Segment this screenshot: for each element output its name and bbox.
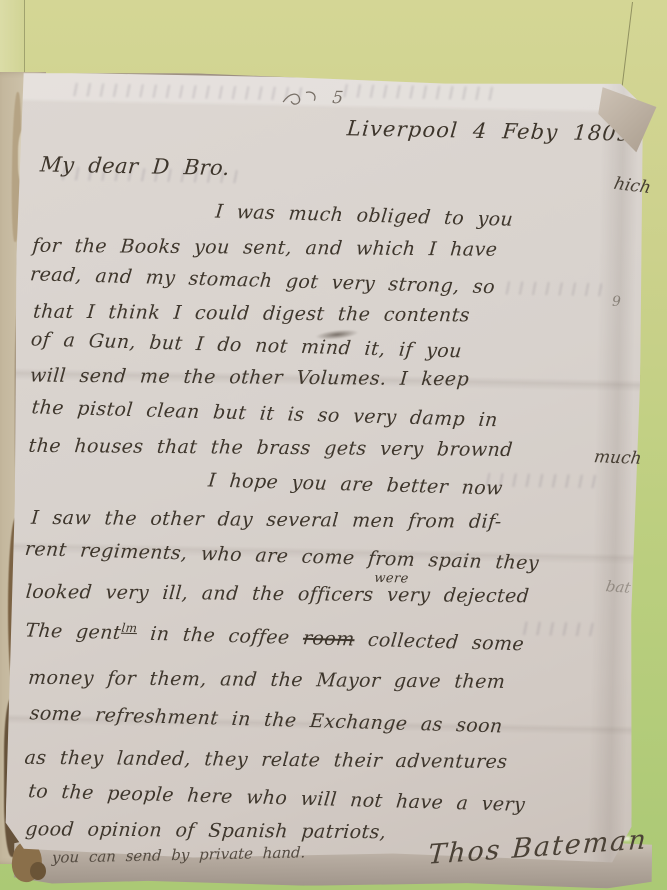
letter-line: for the Books you sent, and which I have xyxy=(32,235,499,261)
letter-line: good opinion of Spanish patriots, xyxy=(24,818,387,843)
torn-corner-blob xyxy=(30,862,46,880)
letter-line-coffee: The gentlm in the coffee room collected … xyxy=(24,618,525,655)
letter-line: I saw the other day several men from dif… xyxy=(30,507,502,533)
dateline: Liverpool 4 Feby 1809 xyxy=(346,116,633,145)
show-through-writing xyxy=(340,84,500,100)
background-crease-line xyxy=(620,2,633,99)
letter-line: will send me the other Volumes. I keep xyxy=(29,365,470,391)
inserted-word: were xyxy=(374,571,410,587)
edge-fragment: much xyxy=(593,447,643,469)
docket-number: 5 xyxy=(331,88,344,108)
letter-line: that I think I could digest the contents xyxy=(32,301,470,327)
coffee-line-pre: The gent xyxy=(24,619,122,644)
show-through-writing xyxy=(519,622,599,637)
letter-page: 5 Liverpool 4 Feby 1809 My dear D Bro. I… xyxy=(5,70,646,866)
coffee-line-post: collected some xyxy=(353,629,525,656)
edge-fragment: hich xyxy=(612,174,653,198)
docket-mark: 5 xyxy=(281,87,345,109)
letter-line: rent regiments, who are come from spain … xyxy=(24,538,540,574)
letter-line: looked very ill, and the officers very d… xyxy=(25,581,530,607)
letter-line: the houses that the brass gets very brow… xyxy=(28,435,514,461)
letter-line: I hope you are better now xyxy=(207,469,504,499)
letter-line: of a Gun, but I do not mind it, if you xyxy=(30,328,463,362)
coffee-line-mid: in the coffee xyxy=(136,622,304,649)
letter-line: money for them, and the Mayor gave them xyxy=(27,667,506,693)
show-through-writing xyxy=(502,281,602,296)
edge-fragment: bat xyxy=(604,577,632,597)
letter-line: I was much obliged to you xyxy=(214,200,514,230)
crossed-out-word: room xyxy=(302,627,356,650)
letter-line: read, and my stomach got very strong, so xyxy=(29,263,496,298)
letter-photo: 5 Liverpool 4 Feby 1809 My dear D Bro. I… xyxy=(0,0,667,890)
show-through-writing xyxy=(70,83,310,101)
letter-line: as they landed, they relate their advent… xyxy=(24,747,508,773)
salutation: My dear D Bro. xyxy=(39,152,231,180)
letter-line: the pistol clean but it is so very damp … xyxy=(31,396,499,431)
docket-flourish-icon xyxy=(281,88,321,109)
edge-fragment: 9 xyxy=(612,294,621,310)
letter-line: to the people here who will not have a v… xyxy=(27,780,526,816)
letter-line: some refreshment in the Exchange as soon xyxy=(29,702,504,737)
coffee-line-superscript: lm xyxy=(121,621,138,635)
